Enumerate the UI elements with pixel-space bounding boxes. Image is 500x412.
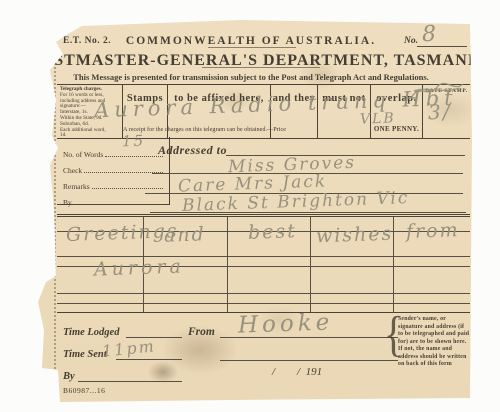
grid-line — [57, 293, 470, 294]
dotted-leader — [74, 204, 163, 205]
charge-handwriting: 3/ — [428, 102, 452, 123]
message-word-handwriting: and — [164, 225, 206, 245]
no-of-words-label: No. of Words — [63, 150, 103, 159]
word-count-handwriting: 15 — [122, 134, 146, 150]
by-label: By — [63, 198, 72, 207]
callsign-handwriting: VLB — [360, 111, 396, 126]
no-label: No. — [404, 36, 418, 46]
pencil-scribble — [408, 78, 466, 104]
remarks-row: Remarks — [63, 175, 165, 191]
by-line — [78, 381, 182, 382]
message-word-handwriting: Greetings — [66, 222, 179, 245]
page-background: { "colors": { "paper": "#eedebf", "ink":… — [0, 0, 500, 412]
paper: E.T. No. 2. COMMONWEALTH OF AUSTRALIA. N… — [30, 20, 472, 404]
time-sent-handwriting: 11pm — [101, 338, 156, 360]
check-row: Check — [63, 159, 165, 175]
dotted-leader — [92, 188, 163, 189]
date-line: / / 191 — [272, 366, 322, 378]
message-word-handwriting: best — [248, 222, 297, 243]
title-underline-2 — [202, 67, 320, 68]
grid-line — [227, 217, 228, 312]
sender-handwriting: Hooke — [238, 311, 334, 337]
time-sent-label: Time Sent — [63, 349, 107, 360]
form-number: B60987...16 — [63, 386, 105, 395]
from-label: From — [188, 326, 215, 338]
time-lodged-label: Time Lodged — [63, 327, 119, 338]
message-line2-handwriting: Aurora — [94, 257, 185, 279]
details-box: No. of Words Check Remarks By — [57, 137, 170, 205]
addressed-to-label: Addressed to — [158, 143, 227, 158]
telegram-number-handwriting: 8 — [422, 24, 439, 47]
from-line-2 — [220, 360, 398, 361]
time-sent-line — [116, 359, 182, 360]
grid-line — [310, 217, 311, 312]
title-underline — [208, 47, 296, 48]
message-word-handwriting: from — [406, 221, 460, 242]
sender-note: Sender's name, or signature and address … — [398, 316, 470, 369]
receipt-note: A receipt for the charges on this telegr… — [123, 126, 369, 133]
remarks-label: Remarks — [63, 182, 90, 191]
subtitle: This Message is presented for transmissi… — [30, 72, 472, 82]
check-label: Check — [63, 166, 82, 175]
no-of-words-row: No. of Words — [63, 143, 165, 159]
grid-line — [57, 303, 470, 304]
message-word-handwriting: wishes — [316, 225, 394, 247]
footer-by-label: By — [63, 371, 75, 382]
dotted-leader — [105, 156, 163, 157]
perforation-line — [54, 28, 56, 396]
